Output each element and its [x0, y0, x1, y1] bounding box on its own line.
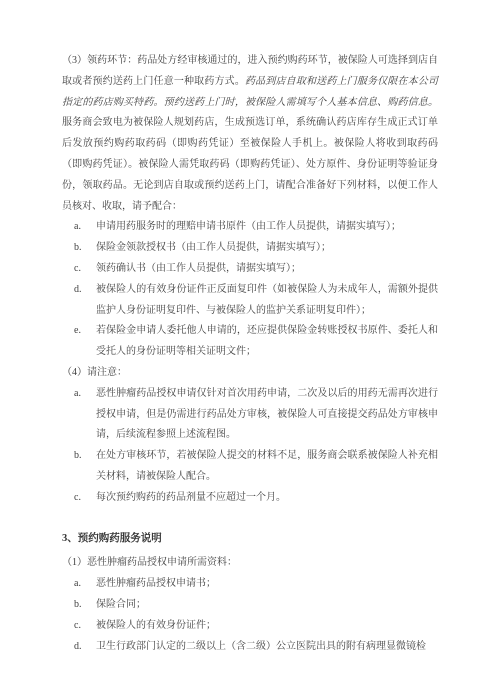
- list-item: c. 被保险人的有效身份证件；: [62, 616, 438, 637]
- document-page: （3）领药环节：药品处方经审核通过的，进入预约购药环节，被保险人可选择到店自取或…: [0, 0, 495, 700]
- list-item-text: 被保险人的有效身份证件；: [96, 616, 438, 637]
- list-item-marker: d.: [74, 280, 96, 322]
- list-item-marker: c.: [74, 259, 96, 280]
- list-item: d. 被保险人的有效身份证件正反面复印件（如被保险人为未成年人，需额外提供监护人…: [62, 280, 438, 322]
- list-item-marker: b.: [74, 595, 96, 616]
- required-docs-list: a. 恶性肿瘤药品授权申请书； b. 保险合同； c. 被保险人的有效身份证件；…: [62, 574, 438, 657]
- list-item: b. 在处方审核环节，若被保险人提交的材料不足，服务商会联系被保险人补充相关材料…: [62, 446, 438, 488]
- list-item: e. 若保险金申请人委托他人申请的，还应提供保险金转账授权书原件、委托人和受托人…: [62, 321, 438, 363]
- list-item: c. 领药确认书（由工作人员提供，请据实填写）；: [62, 259, 438, 280]
- list-item-marker: b.: [74, 446, 96, 488]
- materials-list: a. 申请用药服务时的理赔申请书原件（由工作人员提供，请据实填写）； b. 保险…: [62, 217, 438, 363]
- list-item-text: 每次预约购药的药品剂量不应超过一个月。: [96, 488, 438, 509]
- list-item-text: 恶性肿瘤药品授权申请仅针对首次用药申请，二次及以后的用药无需再次进行授权申请，但…: [96, 384, 438, 446]
- paragraph-part-2: 服务商会致电为被保险人规划药店，生成预选订单，系统确认药店库存生成正式订单后发放…: [62, 117, 438, 211]
- list-item: d. 卫生行政部门认定的二级以上（含二级）公立医院出具的附有病理显微镜检: [62, 637, 438, 658]
- list-item: a. 恶性肿瘤药品授权申请书；: [62, 574, 438, 595]
- list-item-text: 在处方审核环节，若被保险人提交的材料不足，服务商会联系被保险人补充相关材料，请被…: [96, 446, 438, 488]
- notes-list: a. 恶性肿瘤药品授权申请仅针对首次用药申请，二次及以后的用药无需再次进行授权申…: [62, 384, 438, 509]
- list-item: b. 保险金领款授权书（由工作人员提供，请据实填写）；: [62, 238, 438, 259]
- sub-heading: （1）恶性肿瘤药品授权申请所需资料：: [62, 553, 438, 574]
- list-item-text: 被保险人的有效身份证件正反面复印件（如被保险人为未成年人，需额外提供监护人身份证…: [96, 280, 438, 322]
- section-heading: 3、预约购药服务说明: [62, 529, 438, 550]
- list-item-text: 保险金领款授权书（由工作人员提供，请据实填写）；: [96, 238, 438, 259]
- list-item-marker: e.: [74, 321, 96, 363]
- list-item: c. 每次预约购药的药品剂量不应超过一个月。: [62, 488, 438, 509]
- list-item-marker: a.: [74, 574, 96, 595]
- list-item-marker: b.: [74, 238, 96, 259]
- list-item: b. 保险合同；: [62, 595, 438, 616]
- list-item-marker: d.: [74, 637, 96, 658]
- list-item-text: 若保险金申请人委托他人申请的，还应提供保险金转账授权书原件、委托人和受托人的身份…: [96, 321, 438, 363]
- paragraph-pickup-process: （3）领药环节：药品处方经审核通过的，进入预约购药环节，被保险人可选择到店自取或…: [62, 51, 438, 217]
- list-item-marker: a.: [74, 217, 96, 238]
- list-item-marker: c.: [74, 488, 96, 509]
- list-item-text: 申请用药服务时的理赔申请书原件（由工作人员提供，请据实填写）；: [96, 217, 438, 238]
- note-heading: （4）请注意：: [62, 363, 438, 384]
- list-item-text: 领药确认书（由工作人员提供，请据实填写）；: [96, 259, 438, 280]
- list-item-text: 保险合同；: [96, 595, 438, 616]
- list-item: a. 申请用药服务时的理赔申请书原件（由工作人员提供，请据实填写）；: [62, 217, 438, 238]
- list-item-marker: c.: [74, 616, 96, 637]
- list-item-text: 恶性肿瘤药品授权申请书；: [96, 574, 438, 595]
- list-item-text: 卫生行政部门认定的二级以上（含二级）公立医院出具的附有病理显微镜检: [96, 637, 438, 658]
- list-item-marker: a.: [74, 384, 96, 446]
- list-item: a. 恶性肿瘤药品授权申请仅针对首次用药申请，二次及以后的用药无需再次进行授权申…: [62, 384, 438, 446]
